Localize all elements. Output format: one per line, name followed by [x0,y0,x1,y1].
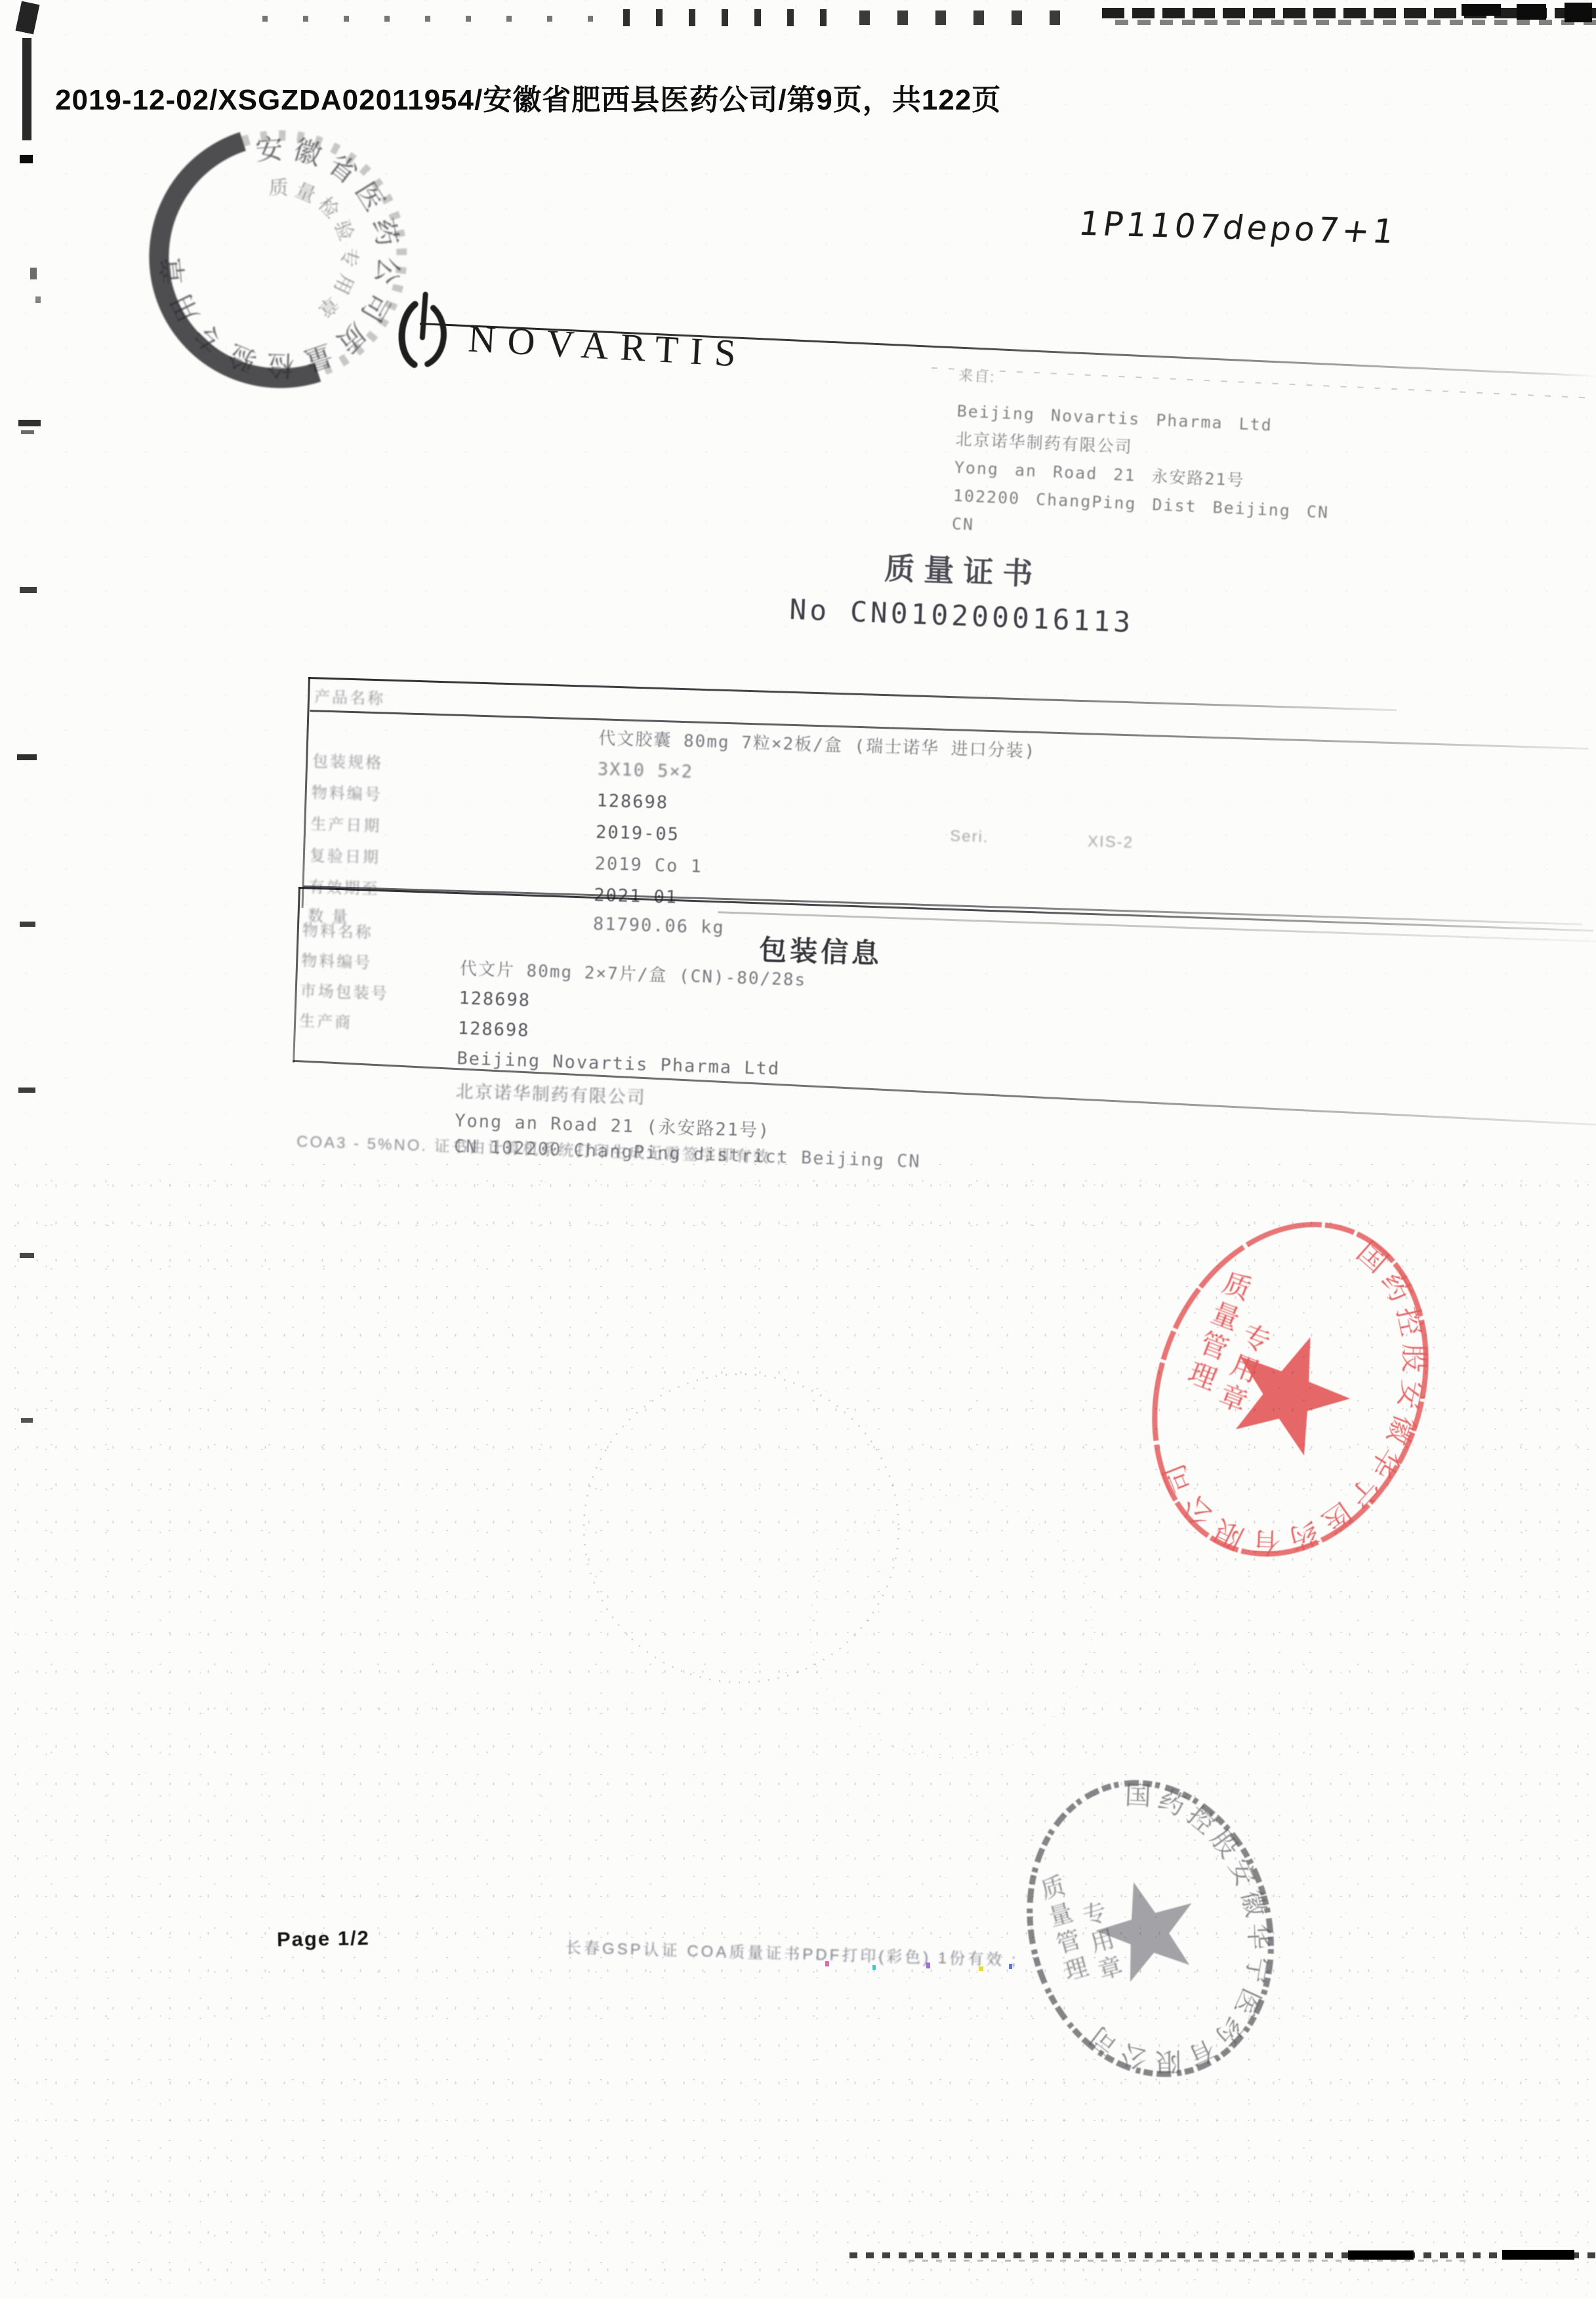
product-row-value-2: 3X10 5×2 [598,759,694,782]
noise-corner-bar-2 [1517,4,1546,20]
product-row-value-4: 2019-05 [596,822,680,845]
ghost-stamp-circles [564,1351,1128,1771]
noise-left-tick-6 [20,1253,34,1258]
scan-noise-top-mid2 [859,10,1076,25]
noise-left-tick-7 [21,1418,33,1423]
gray-stamp-graphic: 国药控股安徽华宁医药有限公司 [970,1732,1333,2132]
ghost-circle-1 [584,1374,899,1682]
scan-noise-top-dense2 [1115,20,1596,25]
handwritten-note: 1P1107depo7+1 [1076,205,1400,251]
product-row-label-3: 物料编号 [311,779,382,804]
noise-left-tick-1b [21,430,34,434]
packaging-row-value-1: 代文片 80mg 2×7片/盒 (CN)-80/28s [459,955,806,990]
noise-left-hook [16,1,40,35]
packaging-row-value-5: 北京诺华制药有限公司 [455,1077,646,1109]
packaging-row-value-3: 128698 [457,1018,530,1041]
bottom-dash-row [849,2252,1596,2258]
noise-left-tick-1 [18,420,41,426]
toner-speck-blue [1009,1964,1012,1969]
footer-degraded-text: 长春GSP认证 COA质量证书PDF打印(彩色) 1份有效 ; [565,1934,1078,1972]
packaging-row-label-3: 市场包装号 [300,977,389,1003]
gray-oval-stamp: 国药控股安徽华宁医药有限公司 质量管理 专用章 [970,1732,1333,2132]
bottom-dash-row-faint [909,2260,1473,2262]
product-row-label-4: 生产日期 [310,811,382,836]
packaging-row-label-2: 物料编号 [301,947,373,973]
novartis-wordmark: NOVARTIS [467,293,750,376]
noise-left-tick-5 [18,1088,35,1093]
fax-header-text: 2019-12-02/XSGZDA02011954/安徽省肥西县医药公司/第9页… [55,76,1001,118]
address-from-label: 来自: [958,365,1353,403]
packaging-row-label-4: 生产商 [299,1007,353,1032]
noise-left-speck-2 [35,296,41,303]
toner-speck-cyan [872,1965,876,1970]
product-row-value-3: 128698 [596,790,668,813]
ghost-circle-2 [810,1495,1092,1758]
certificate-title: 质量证书 [779,540,1147,598]
product-side-note-1: Seri. [950,827,989,847]
novartis-symbol-icon [389,289,457,377]
product-row-label-1: 产品名称 [314,683,386,708]
packaging-row-value-2: 128698 [459,988,531,1011]
product-table-left-border [302,677,310,908]
product-table-top-border [308,677,1397,711]
toner-speck-purple [926,1963,930,1968]
product-row-label-5: 复验日期 [309,842,380,867]
certificate-number: No CN010200016113 [777,593,1146,640]
scanned-document-page: 2019-12-02/XSGZDA02011954/安徽省肥西县医药公司/第9页… [0,0,1596,2299]
bottom-dash-bold-1 [1348,2250,1414,2260]
noise-corner-bar-1 [1462,4,1501,16]
scan-noise-bottom [849,2250,1596,2263]
toner-speck-magenta [825,1961,829,1966]
scan-noise-top-mid [623,9,833,26]
product-side-note-2: XIS-2 [1088,832,1134,852]
product-row-label-2: 包装规格 [312,748,384,773]
noise-left-tick-2 [20,587,37,593]
novartis-logo: NOVARTIS [389,289,750,394]
product-row-value-5: 2019 Co 1 [594,853,703,877]
noise-left-blob [20,155,33,163]
noise-left-tick-4 [20,922,35,927]
scan-noise-top-sparse [262,16,617,22]
bottom-dash-bold-2 [1502,2250,1574,2260]
packaging-table: 包装信息 物料名称 物料编号 市场包装号 生产商 代文片 80mg 2×7片/盒… [289,887,1596,1232]
certificate-heading-block: 质量证书 No CN010200016113 [777,540,1148,640]
toner-speck-yellow [979,1966,983,1971]
noise-left-tick-3 [17,754,37,760]
packaging-row-value-4: Beijing Novartis Pharma Ltd [457,1048,781,1079]
noise-corner-bar-3 [1565,3,1592,22]
noise-left-bar [22,38,31,140]
letterhead-address-block: 来自: Beijing Novartis Pharma Ltd 北京诺华制药有限… [951,365,1352,556]
page-number-label: Page 1/2 [277,1926,370,1951]
noise-left-speck-1 [30,268,37,279]
packaging-table-left-border [293,887,300,1063]
packaging-row-label-1: 物料名称 [302,917,373,943]
